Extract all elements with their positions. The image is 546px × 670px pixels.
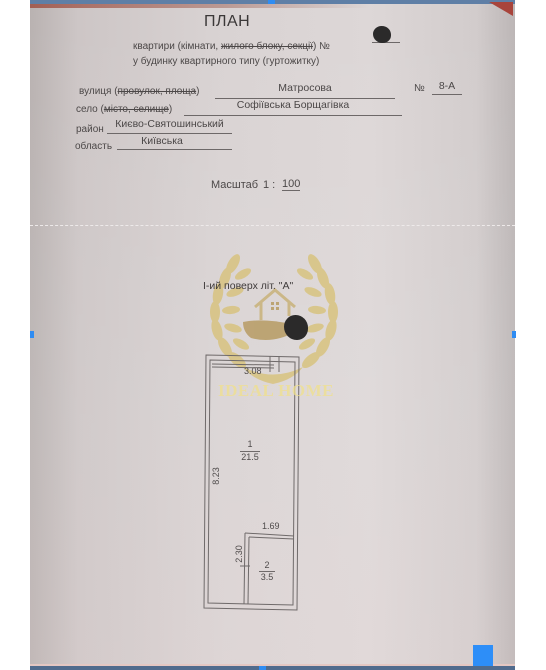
dimension-room2-width: 1.69 — [262, 521, 280, 531]
watermark-brand: IDEAL HOME — [206, 381, 346, 401]
dimension-room2-length: 2.30 — [234, 545, 244, 563]
dimension-top-width: 3.08 — [244, 366, 262, 376]
room1-area: 21.5 — [240, 451, 260, 462]
room1-number: 1 — [245, 439, 255, 449]
floor-plan-drawing — [0, 0, 546, 670]
room2-number: 2 — [262, 560, 272, 570]
room2-area: 3.5 — [259, 571, 275, 582]
dimension-left-length: 8.23 — [211, 467, 221, 485]
